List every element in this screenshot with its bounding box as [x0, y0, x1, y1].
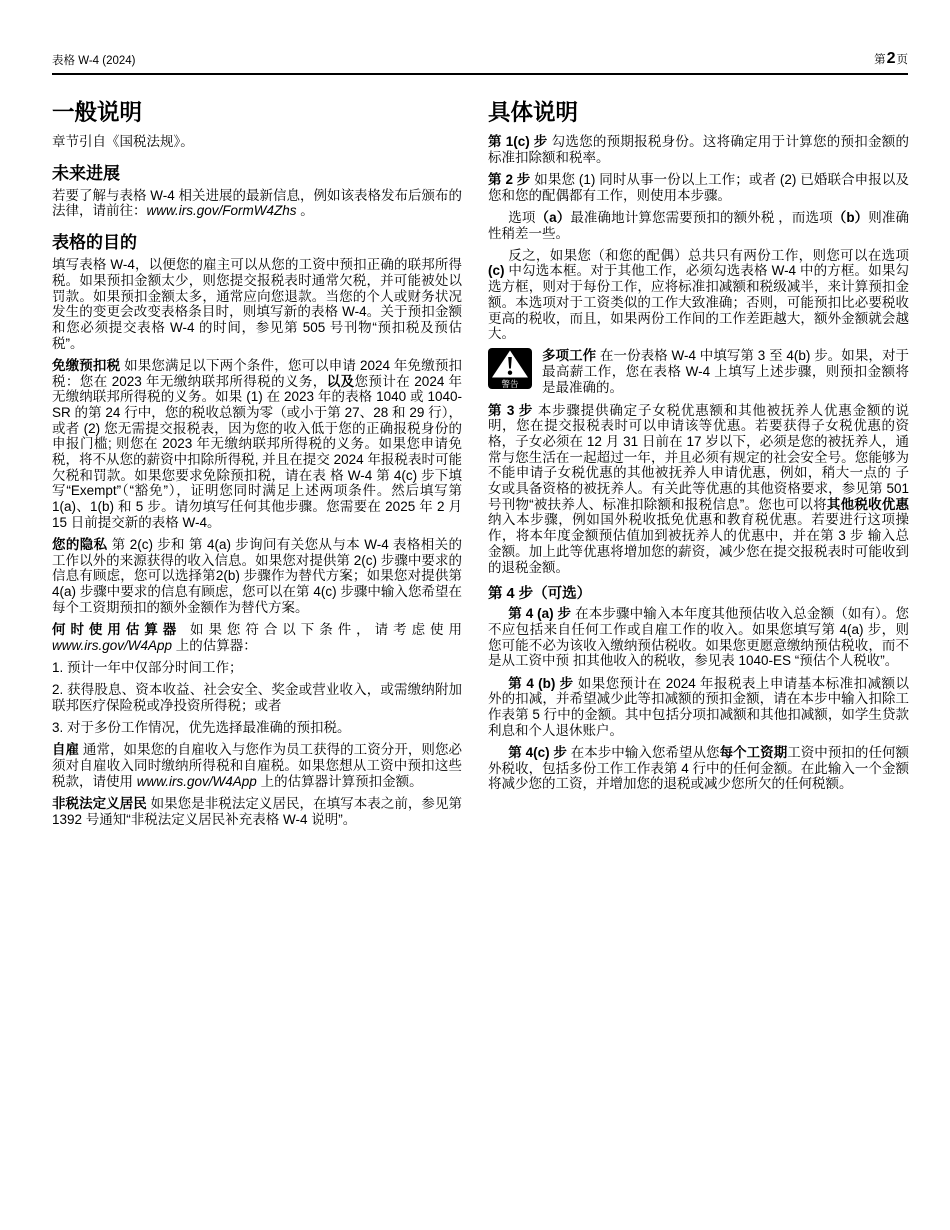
text-run: 以及 — [327, 374, 355, 389]
text-run: 第 4(c) 步 — [508, 745, 570, 760]
text-run: 第 2(c) 步和 第 4(a) 步询问有关您从与本 W-4 表格相关的工作以外… — [52, 537, 462, 615]
page-label-suffix: 页 — [897, 54, 909, 66]
paragraph: 填写表格 W-4，以便您的雇主可以从您的工资中预扣正确的联邦所得税。如果预扣金额… — [52, 257, 462, 351]
text-run: 第 1(c) 步 — [488, 134, 552, 149]
text-run: www.irs.gov/W4App — [137, 774, 257, 789]
text-run: 自雇 — [52, 742, 83, 757]
text-run: 上的估算器计算预扣金额。 — [257, 774, 423, 789]
paragraph: 第 2 步 如果您 (1) 同时从事一份以上工作；或者 (2) 已婚联合申报以及… — [488, 172, 909, 203]
text-run: 纳入本步骤，例如国外税收抵免优惠和教育税优惠。若要进行这项操作，将本年度金额预估… — [488, 512, 909, 574]
warning-note: 警告多项工作 在一份表格 W-4 中填写第 3 至 4(b) 步。如果，对于最高… — [488, 348, 909, 395]
text-run: 在本步中输入您希望从您 — [571, 745, 720, 760]
text-run: 勾选您的预期报税身份。这将确定用于计算您的预扣金额的标准扣除额和税率。 — [488, 134, 909, 165]
paragraph: 3. 对于多份工作情况，优先选择最准确的预扣税。 — [52, 720, 462, 736]
text-run: 上的估算器： — [172, 638, 257, 653]
specific-instructions-column: 具体说明 第 1(c) 步 勾选您的预期报税身份。这将确定用于计算您的预扣金额的… — [488, 89, 909, 834]
paragraph: 第 4(c) 步 在本步中输入您希望从您每个工资期工资中预扣的任何额外税收，包括… — [488, 745, 909, 792]
warning-icon: 警告 — [488, 348, 532, 389]
general-instructions-body: 章节引自《国税法规》。未来进展若要了解与表格 W-4 相关进展的最新信息，例如该… — [52, 134, 462, 827]
specific-instructions-body: 第 1(c) 步 勾选您的预期报税身份。这将确定用于计算您的预扣金额的标准扣除额… — [488, 134, 909, 792]
text-run: 多项工作 — [542, 348, 600, 363]
text-run: (c) — [488, 263, 505, 278]
page-label-prefix: 第 — [874, 54, 886, 66]
form-id: 表格 W-4 (2024) — [52, 52, 136, 68]
text-run: www.irs.gov/W4App — [52, 638, 172, 653]
section-heading: 未来进展 — [52, 159, 462, 184]
section-heading: 第 4 步（可选） — [488, 582, 909, 603]
text-run: 2. 获得股息、资本收益、社会安全、奖金或营业收入，或需缴纳附加联邦医疗保险税或… — [52, 682, 462, 713]
text-run: 中勾选本框。对于其他工作，必须勾选表格 W-4 中的方框。如果勾选方框，则对于每… — [488, 263, 909, 341]
paragraph: 免缴预扣税 如果您满足以下两个条件，您可以申请 2024 年免缴预扣税：您在 2… — [52, 358, 462, 531]
paragraph: 1. 预计一年中仅部分时间工作； — [52, 660, 462, 676]
paragraph: 若要了解与表格 W-4 相关进展的最新信息，例如该表格发布后颁布的法律，请前往：… — [52, 188, 462, 219]
text-run: 。 — [297, 203, 314, 218]
text-run: 您预计在 2024 年无缴纳联邦所得税的义务。如果 (1) 在 2023 年的表… — [52, 374, 462, 530]
paragraph: 您的隐私 第 2(c) 步和 第 4(a) 步询问有关您从与本 W-4 表格相关… — [52, 537, 462, 616]
paragraph: 章节引自《国税法规》。 — [52, 134, 462, 150]
text-run: 第 4 (b) 步 — [508, 676, 578, 691]
text-run: 选项 — [508, 210, 535, 225]
page-number-value: 2 — [886, 50, 897, 67]
text-run: 章节引自《国税法规》。 — [52, 134, 194, 149]
section-heading: 表格的目的 — [52, 228, 462, 253]
paragraph: 第 1(c) 步 勾选您的预期报税身份。这将确定用于计算您的预扣金额的标准扣除额… — [488, 134, 909, 165]
text-run: 填写表格 W-4，以便您的雇主可以从您的工资中预扣正确的联邦所得税。如果预扣金额… — [52, 257, 462, 351]
svg-text:警告: 警告 — [501, 379, 519, 389]
paragraph: 2. 获得股息、资本收益、社会安全、奖金或营业收入，或需缴纳附加联邦医疗保险税或… — [52, 682, 462, 713]
text-run: 如果您 (1) 同时从事一份以上工作；或者 (2) 已婚联合申报以及您和您的配偶… — [488, 172, 909, 203]
paragraph: 反之，如果您（和您的配偶）总共只有两份工作，则您可以在选项 (c) 中勾选本框。… — [488, 248, 909, 342]
paragraph: 非税法定义居民 如果您是非税法定义居民，在填写本表之前，参见第 1392 号通知… — [52, 796, 462, 827]
text-run: 反之，如果您（和您的配偶）总共只有两份工作，则您可以在选项 — [508, 248, 909, 263]
column-title-specific: 具体说明 — [488, 95, 909, 127]
text-run: 3. 对于多份工作情况，优先选择最准确的预扣税。 — [52, 720, 351, 735]
text-run: 第 2 步 — [488, 172, 534, 187]
text-run: 免缴预扣税 — [52, 358, 124, 373]
paragraph: 第 4 (a) 步 在本步骤中输入本年度其他预估收入总金额（如有）。您不应包括来… — [488, 606, 909, 669]
text-run: 何时使用估算器 — [52, 622, 190, 637]
text-run: www.irs.gov/FormW4Zhs — [147, 203, 297, 218]
text-run: （a） — [535, 210, 570, 225]
text-run: 非税法定义居民 — [52, 796, 151, 811]
text-run: 第 3 步 — [488, 403, 538, 418]
paragraph: 何时使用估算器 如果您符合以下条件，请考虑使用 www.irs.gov/W4Ap… — [52, 622, 462, 653]
paragraph: 选项（a）最准确地计算您需要预扣的额外税 ，而选项（b）则准确性稍差一些。 — [488, 210, 909, 241]
column-title-general: 一般说明 — [52, 95, 462, 127]
text-run: 最准确地计算您需要预扣的额外税 ，而选项 — [570, 210, 832, 225]
paragraph: 自雇 通常，如果您的自雇收入与您作为员工获得的工资分开，则您必须对自雇收入同时缴… — [52, 742, 462, 789]
text-run: 1. 预计一年中仅部分时间工作； — [52, 660, 243, 675]
text-run: （b） — [833, 210, 869, 225]
text-run: 您的隐私 — [52, 537, 112, 552]
warning-text: 多项工作 在一份表格 W-4 中填写第 3 至 4(b) 步。如果，对于最高薪工… — [542, 348, 909, 395]
page-number: 第2页 — [874, 50, 908, 68]
text-run: 其他税收优惠 — [827, 497, 909, 512]
page-header: 表格 W-4 (2024) 第2页 — [52, 50, 908, 75]
general-instructions-column: 一般说明 章节引自《国税法规》。未来进展若要了解与表格 W-4 相关进展的最新信… — [52, 89, 462, 834]
document-page: 表格 W-4 (2024) 第2页 一般说明 章节引自《国税法规》。未来进展若要… — [0, 0, 950, 1230]
text-run: 每个工资期 — [720, 745, 788, 760]
text-run: 如果您符合以下条件，请考虑使用 — [190, 622, 462, 637]
two-column-layout: 一般说明 章节引自《国税法规》。未来进展若要了解与表格 W-4 相关进展的最新信… — [52, 89, 908, 834]
text-run: 第 4 (a) 步 — [508, 606, 575, 621]
paragraph: 第 3 步 本步骤提供确定子女税优惠额和其他被抚养人优惠金额的说明，您在提交报税… — [488, 403, 909, 576]
paragraph: 第 4 (b) 步 如果您预计在 2024 年报税表上申请基本标准扣减额以外的扣… — [488, 676, 909, 739]
text-run: 本步骤提供确定子女税优惠额和其他被抚养人优惠金额的说明，您在提交报税表时可以申请… — [488, 403, 909, 512]
